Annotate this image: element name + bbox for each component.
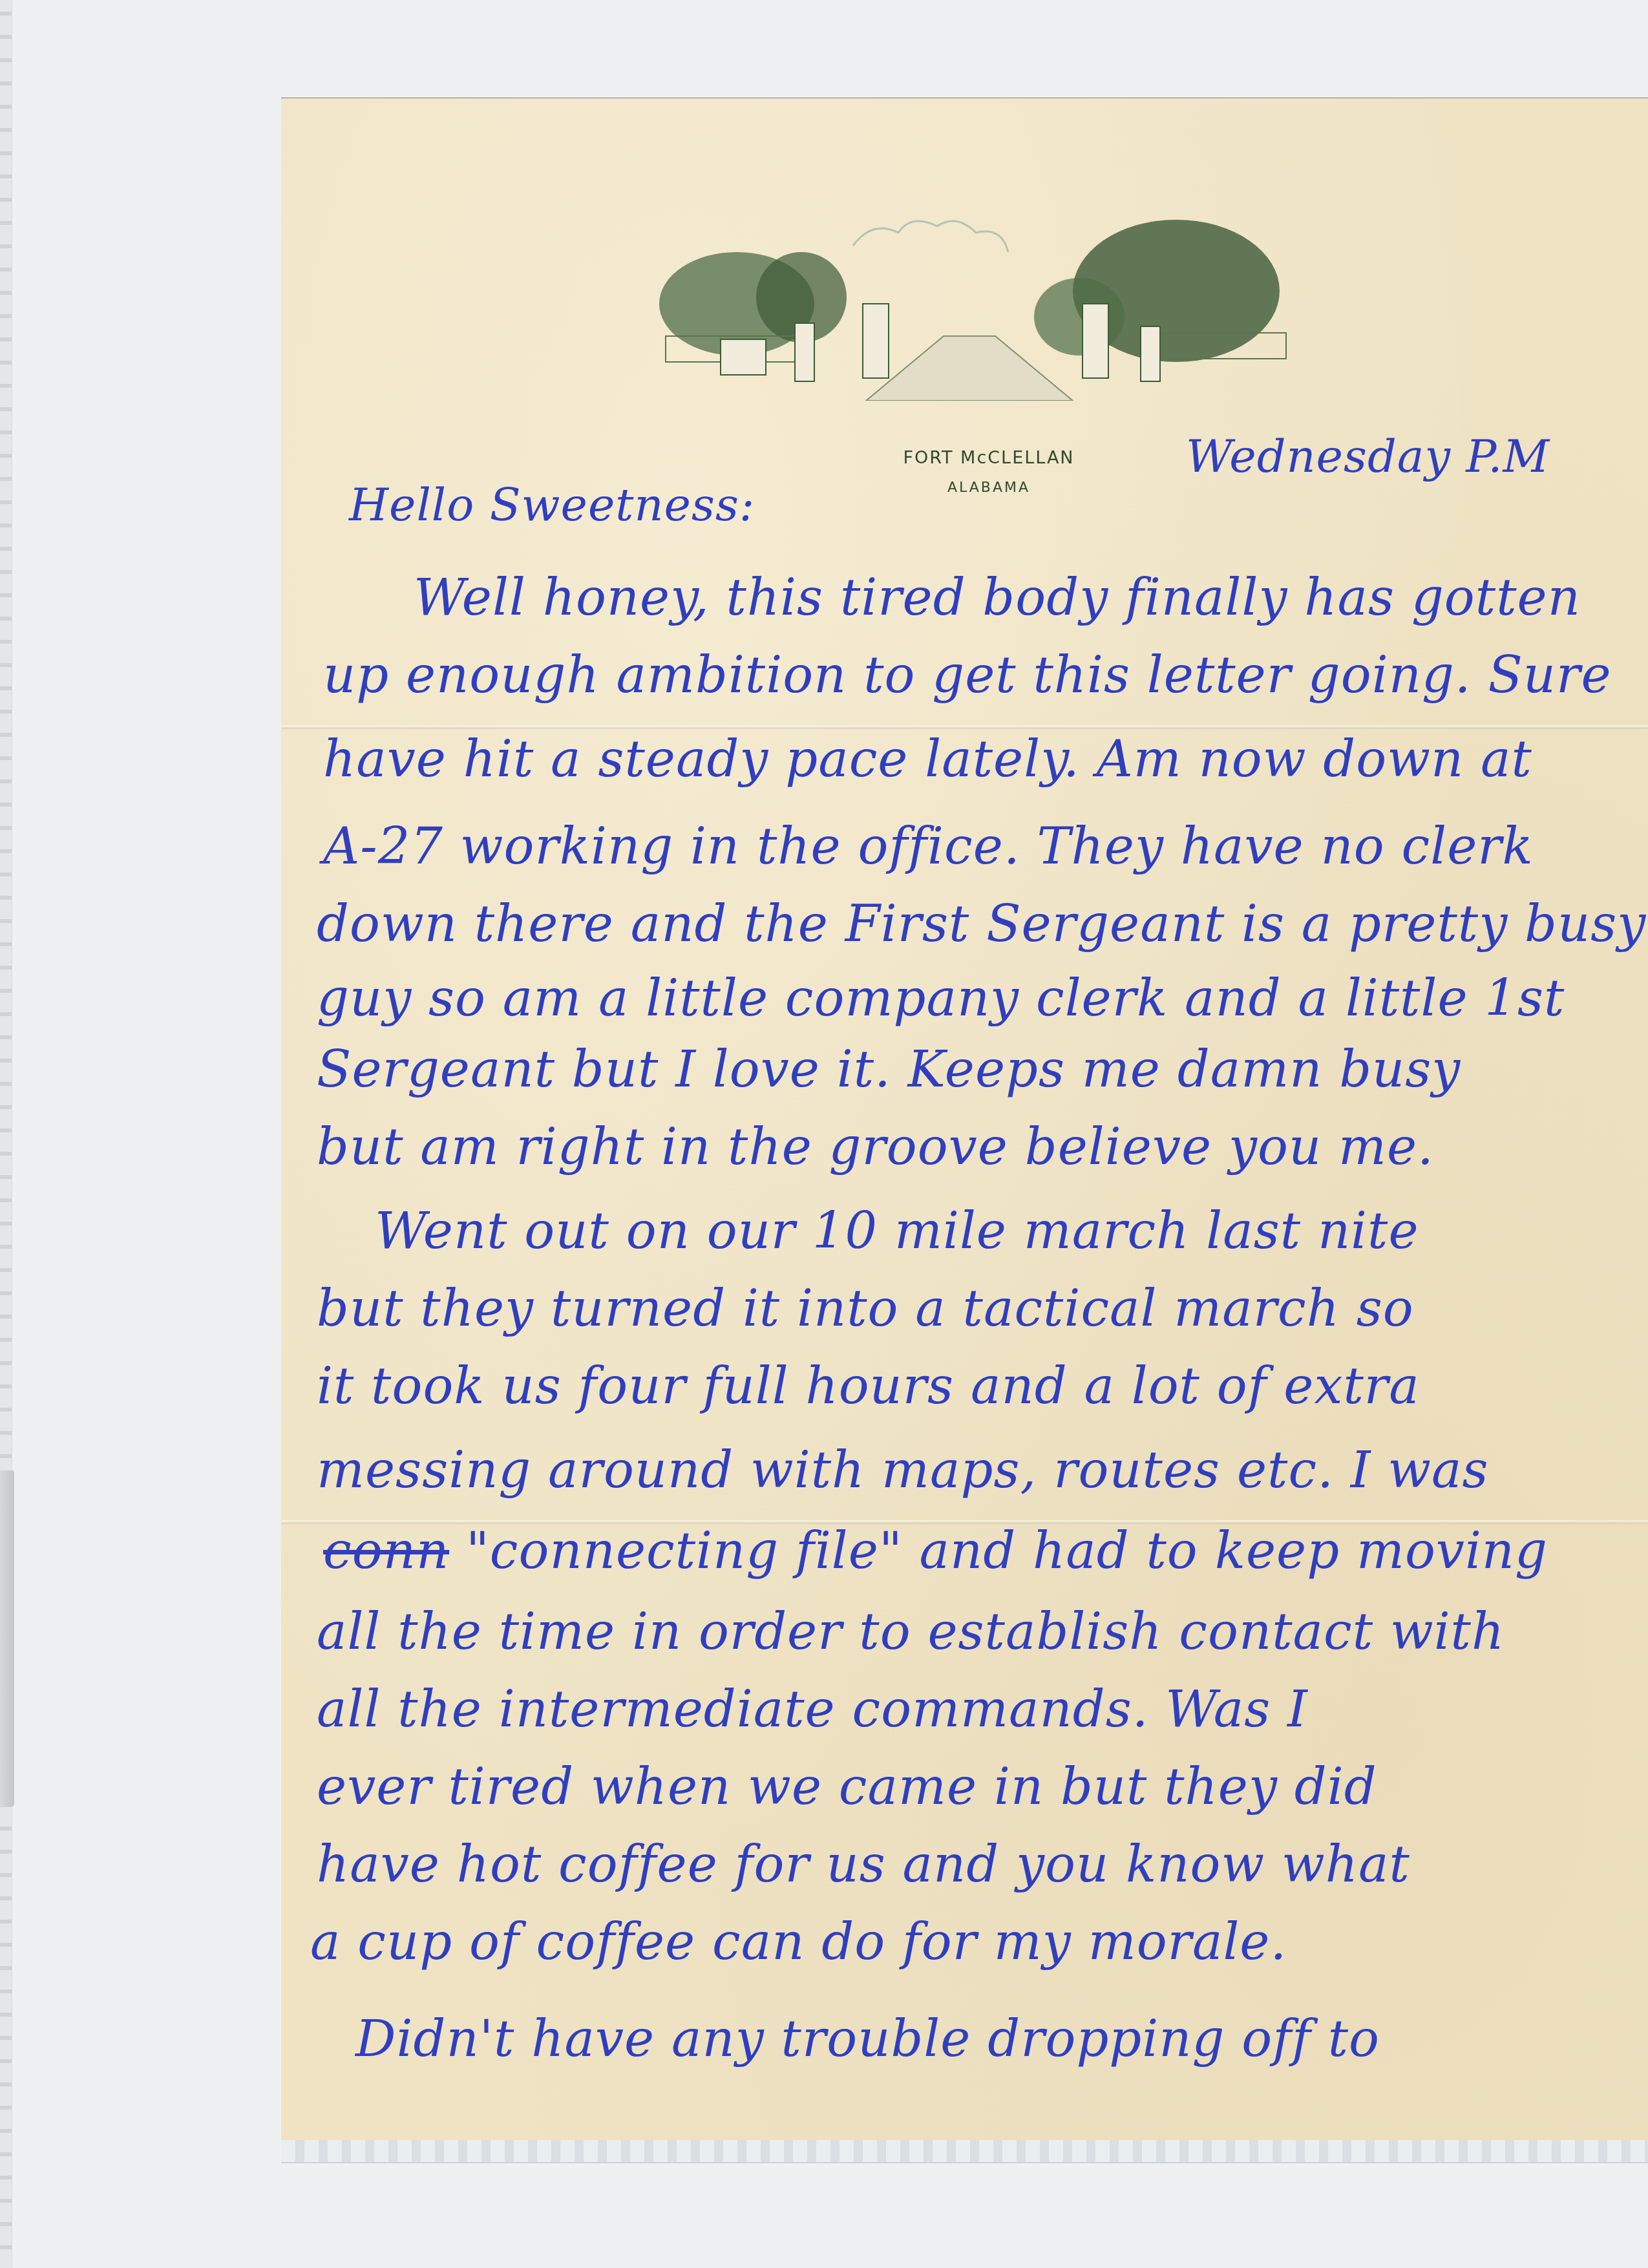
letter-line: Didn't have any trouble dropping off to — [355, 2010, 1380, 2068]
sleeve-tab — [0, 1470, 14, 1807]
letter-line: down there and the First Sergeant is a p… — [317, 895, 1646, 953]
letter-date: Wednesday P.M — [1186, 430, 1550, 483]
sleeve-binding — [0, 0, 12, 2268]
letter-line: have hot coffee for us and you know what — [317, 1836, 1410, 1894]
letter-line: a cup of coffee can do for my morale. — [310, 1913, 1287, 1971]
letter-line-text: "connecting file" and had to keep moving — [466, 1522, 1548, 1580]
letter-line: Went out on our 10 mile march last nite — [375, 1202, 1419, 1260]
letter-line: all the intermediate commands. Was I — [317, 1680, 1308, 1739]
fort-gate-illustration-icon — [659, 207, 1293, 401]
letter-line: Sergeant but I love it. Keeps me damn bu… — [317, 1041, 1461, 1099]
letter-line: messing around with maps, routes etc. I … — [317, 1441, 1489, 1500]
letter-line: Well honey, this tired body finally has … — [414, 569, 1581, 627]
letter-line: it took us four full hours and a lot of … — [317, 1357, 1420, 1415]
letter-line: have hit a steady pace lately. Am now do… — [323, 730, 1532, 789]
letterhead-subtitle: ALABAMA — [863, 480, 1115, 496]
letter-salutation: Hello Sweetness: — [349, 478, 755, 531]
letter-line: A-27 working in the office. They have no… — [323, 818, 1534, 876]
letter-line: ever tired when we came in but they did — [317, 1758, 1377, 1816]
letter-line-with-strikeout: conn "connecting file" and had to keep m… — [323, 1522, 1548, 1580]
letterhead-title: FORT McCLELLAN — [863, 448, 1115, 468]
letter-line: all the time in order to establish conta… — [317, 1603, 1505, 1661]
letter-line: but am right in the groove believe you m… — [317, 1118, 1434, 1176]
paper-fold — [281, 725, 1648, 729]
sleeve-edge — [281, 2140, 1648, 2163]
letter-line: guy so am a little company clerk and a l… — [317, 970, 1565, 1028]
struck-word: conn — [323, 1522, 449, 1580]
letter-line: up enough ambition to get this letter go… — [323, 646, 1612, 705]
letter-line: but they turned it into a tactical march… — [317, 1280, 1414, 1338]
